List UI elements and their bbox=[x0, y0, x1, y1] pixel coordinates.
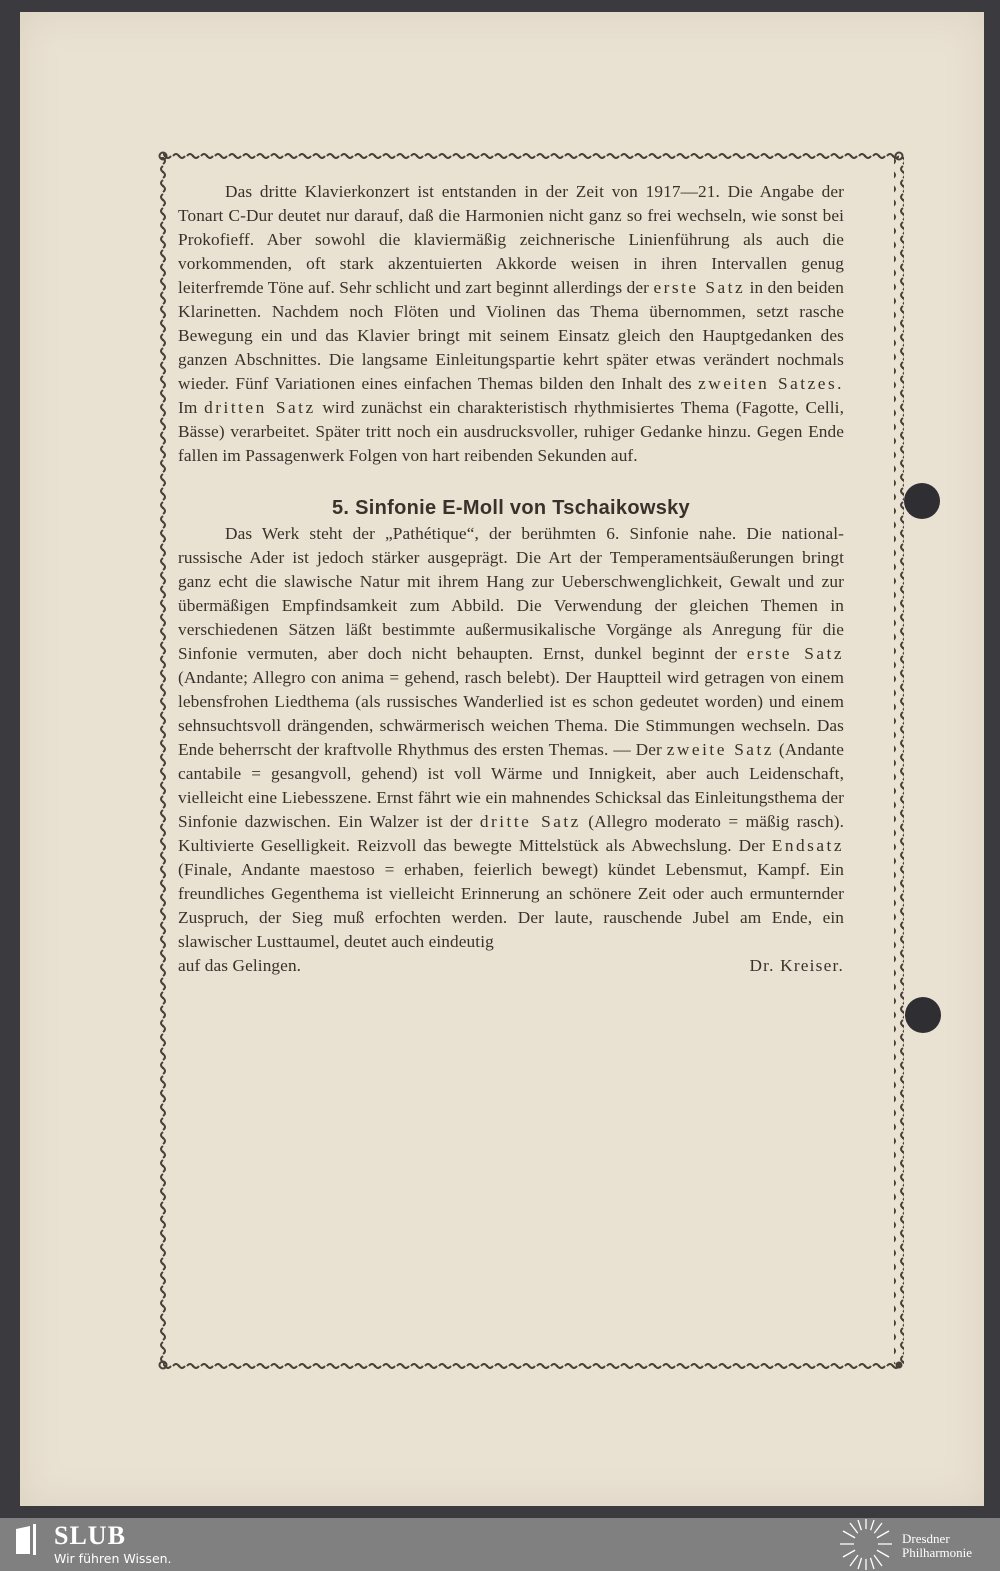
section-heading: 5. Sinfonie E-Moll von Tschaikowsky bbox=[178, 496, 844, 520]
emphasis-spaced: dritte Satz bbox=[480, 812, 581, 831]
paragraph-tschaikowsky: Das Werk steht der „Pathétique“, der ber… bbox=[178, 522, 844, 954]
text-segment: (Finale, Andante maestoso = erhaben, fei… bbox=[178, 860, 844, 951]
slub-tagline: Wir führen Wissen. bbox=[54, 1551, 172, 1566]
emphasis-spaced: dritten Satz bbox=[204, 398, 316, 417]
last-line-text: auf das Gelingen. bbox=[178, 954, 301, 978]
document-body: Das dritte Klavierkonzert ist entstanden… bbox=[178, 180, 844, 978]
emphasis-spaced: zweiten Satzes. bbox=[698, 374, 844, 393]
emphasis-spaced: zweite Satz bbox=[667, 740, 774, 759]
philharmonie-line2: Philharmonie bbox=[902, 1546, 972, 1560]
punch-hole-bottom bbox=[905, 997, 941, 1033]
text-segment: Im bbox=[178, 398, 204, 417]
emphasis-spaced: erste Satz bbox=[653, 278, 745, 297]
slub-book-icon bbox=[14, 1524, 40, 1556]
punch-hole-top bbox=[904, 483, 940, 519]
author-signature: Dr. Kreiser. bbox=[749, 954, 844, 978]
philharmonie-line1: Dresdner bbox=[902, 1532, 972, 1546]
emphasis-spaced: Endsatz bbox=[772, 836, 844, 855]
paragraph-prokofiev: Das dritte Klavierkonzert ist entstanden… bbox=[178, 180, 844, 468]
philharmonie-logo-text[interactable]: Dresdner Philharmonie bbox=[902, 1532, 972, 1560]
slub-logo-text[interactable]: SLUB bbox=[54, 1521, 126, 1551]
philharmonie-logo-icon[interactable] bbox=[838, 1518, 894, 1571]
text-segment: Das Werk steht der „Pathétique“, der ber… bbox=[178, 524, 844, 663]
emphasis-spaced: erste Satz bbox=[747, 644, 844, 663]
closing-line: auf das Gelingen. Dr. Kreiser. bbox=[178, 954, 844, 978]
footer-bar: SLUB Wir führen Wissen. Dresdner Philhar… bbox=[0, 1518, 1000, 1571]
